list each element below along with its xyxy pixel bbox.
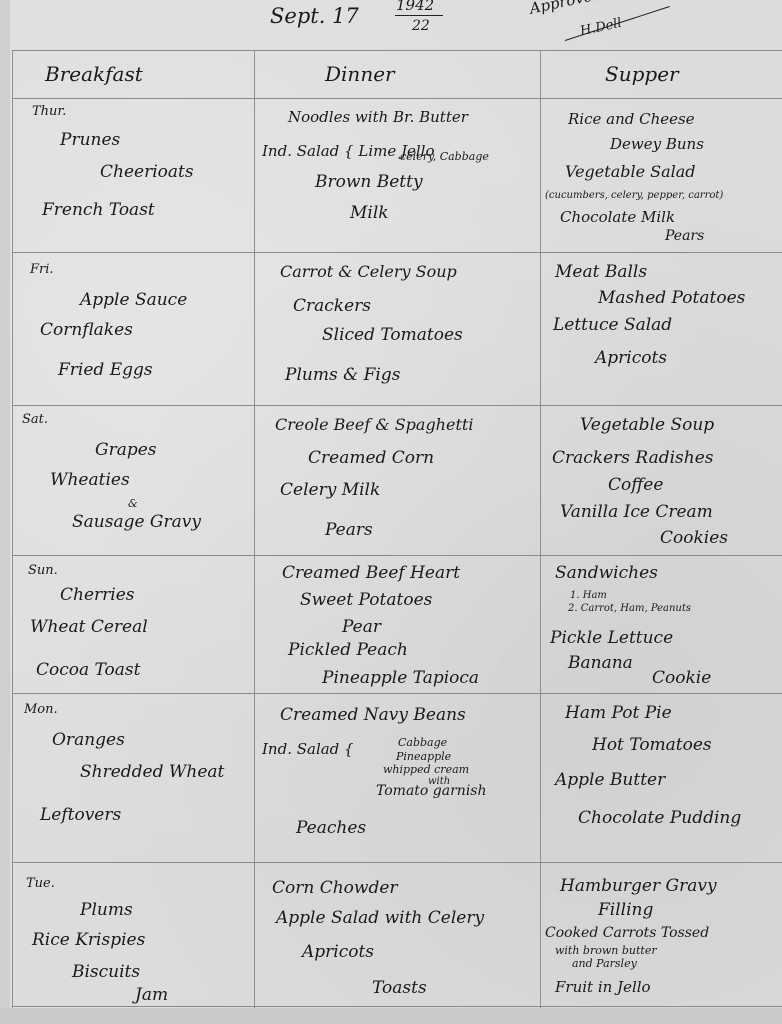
supper-item: 2. Carrot, Ham, Peanuts — [568, 603, 691, 614]
grid-line-row-2 — [12, 405, 782, 406]
breakfast-item: Cherries — [60, 585, 135, 605]
supper-item: Chocolate Pudding — [578, 808, 741, 828]
dinner-item: celery, Cabbage — [400, 150, 489, 163]
breakfast-item: Wheat Cereal — [30, 617, 148, 637]
day-label: Mon. — [24, 702, 58, 717]
grid-line-top — [12, 50, 782, 51]
dinner-item: Sliced Tomatoes — [322, 325, 463, 345]
breakfast-item: French Toast — [42, 200, 155, 220]
supper-item: Dewey Buns — [610, 135, 704, 153]
grid-line-bottom — [12, 1006, 782, 1007]
dinner-item: Pineapple — [396, 750, 451, 763]
day-label: Thur. — [32, 104, 66, 119]
supper-item: Filling — [598, 900, 653, 920]
supper-item: Rice and Cheese — [568, 110, 695, 128]
dinner-item: Creamed Navy Beans — [280, 705, 466, 725]
grid-line-header — [12, 98, 782, 99]
dinner-item: Creamed Beef Heart — [282, 563, 460, 583]
dinner-item: Plums & Figs — [285, 365, 400, 385]
dinner-item: Creole Beef & Spaghetti — [275, 415, 473, 434]
grid-line-left — [12, 50, 13, 1008]
breakfast-item: Prunes — [60, 130, 120, 150]
year-top: 1942 — [396, 0, 434, 14]
supper-item: Cooked Carrots Tossed — [545, 925, 709, 941]
supper-item: Meat Balls — [555, 262, 647, 282]
breakfast-item: Rice Krispies — [32, 930, 145, 950]
dinner-item: Pineapple Tapioca — [322, 668, 479, 688]
supper-item: Coffee — [608, 475, 663, 495]
supper-item: Crackers Radishes — [552, 448, 714, 468]
dinner-item: Pear — [342, 617, 381, 637]
year-divider — [395, 15, 443, 16]
breakfast-item: Oranges — [52, 730, 125, 750]
breakfast-item: Grapes — [95, 440, 157, 460]
day-label: Fri. — [30, 262, 54, 277]
supper-item: Apricots — [595, 348, 667, 368]
dinner-item: Celery Milk — [280, 480, 380, 500]
supper-item: Hot Tomatoes — [592, 735, 712, 755]
date-label: Sept. 17 — [270, 4, 359, 28]
dinner-item: Cabbage — [398, 736, 447, 749]
dinner-item: Pickled Peach — [288, 640, 408, 660]
page-edge-bottom — [0, 1008, 782, 1024]
supper-item: 1. Ham — [570, 590, 607, 601]
dinner-item: Peaches — [296, 818, 366, 838]
supper-item: Mashed Potatoes — [598, 288, 745, 308]
breakfast-item: Apple Sauce — [80, 290, 187, 310]
breakfast-item: Cornflakes — [40, 320, 133, 340]
supper-item: Vegetable Salad — [565, 162, 696, 181]
dinner-item: whipped cream — [383, 763, 469, 776]
breakfast-item: Jam — [135, 985, 168, 1005]
supper-item: Cookies — [660, 528, 728, 548]
dinner-item: Sweet Potatoes — [300, 590, 432, 610]
supper-item: Vegetable Soup — [580, 415, 714, 435]
day-label: Sat. — [22, 412, 48, 427]
breakfast-item: Cheerioats — [100, 162, 194, 182]
supper-item: Vanilla Ice Cream — [560, 502, 713, 522]
dinner-item: Apple Salad with Celery — [276, 908, 484, 928]
supper-item: Banana — [568, 653, 633, 673]
approval-note: Approved — [528, 0, 603, 18]
dinner-item: Crackers — [293, 296, 371, 316]
day-label: Tue. — [26, 876, 55, 891]
breakfast-item: Cocoa Toast — [36, 660, 140, 680]
supper-item: Fruit in Jello — [555, 978, 651, 996]
supper-item: Cookie — [652, 668, 711, 688]
supper-item: Pickle Lettuce — [550, 628, 673, 648]
dinner-item: Milk — [350, 203, 389, 223]
grid-line-col-1 — [254, 50, 255, 1008]
year-bottom: 22 — [412, 18, 430, 34]
breakfast-item: Shredded Wheat — [80, 762, 224, 782]
day-label: Sun. — [28, 563, 58, 578]
grid-line-col-2 — [540, 50, 541, 1008]
supper-item: (cucumbers, celery, pepper, carrot) — [545, 190, 723, 201]
column-header-supper: Supper — [605, 62, 679, 86]
date-text: Sept. 17 — [270, 4, 359, 28]
dinner-item: Toasts — [372, 978, 427, 998]
supper-item: Sandwiches — [555, 563, 658, 583]
grid-line-row-1 — [12, 252, 782, 253]
menu-sheet: Sept. 17 1942 22 Approved H.Dell Breakfa… — [0, 0, 782, 1024]
breakfast-item: Fried Eggs — [58, 360, 153, 380]
breakfast-item: Plums — [80, 900, 133, 920]
dinner-item: Tomato garnish — [376, 783, 487, 799]
supper-item: Hamburger Gravy — [560, 876, 717, 896]
breakfast-item: & — [128, 497, 138, 510]
grid-line-row-4 — [12, 693, 782, 694]
supper-item: with brown butter — [555, 944, 657, 957]
grid-line-row-3 — [12, 555, 782, 556]
dinner-item: Carrot & Celery Soup — [280, 262, 457, 281]
supper-item: and Parsley — [572, 957, 637, 970]
dinner-item: Corn Chowder — [272, 878, 398, 898]
supper-item: Ham Pot Pie — [565, 703, 672, 723]
dinner-item: Ind. Salad { — [262, 740, 354, 758]
dinner-item: Creamed Corn — [308, 448, 434, 468]
dinner-item: Noodles with Br. Butter — [288, 108, 468, 126]
breakfast-item: Wheaties — [50, 470, 130, 490]
supper-item: Pears — [665, 228, 704, 244]
dinner-item: Pears — [325, 520, 373, 540]
breakfast-item: Biscuits — [72, 962, 140, 982]
column-header-breakfast: Breakfast — [45, 62, 143, 86]
dinner-item: Apricots — [302, 942, 374, 962]
dinner-item: Brown Betty — [315, 172, 423, 192]
supper-item: Chocolate Milk — [560, 208, 675, 226]
page-edge-left — [0, 0, 10, 1024]
grid-line-row-5 — [12, 862, 782, 863]
column-header-dinner: Dinner — [325, 62, 395, 86]
supper-item: Lettuce Salad — [553, 315, 672, 335]
breakfast-item: Leftovers — [40, 805, 121, 825]
breakfast-item: Sausage Gravy — [72, 512, 201, 532]
supper-item: Apple Butter — [555, 770, 665, 790]
